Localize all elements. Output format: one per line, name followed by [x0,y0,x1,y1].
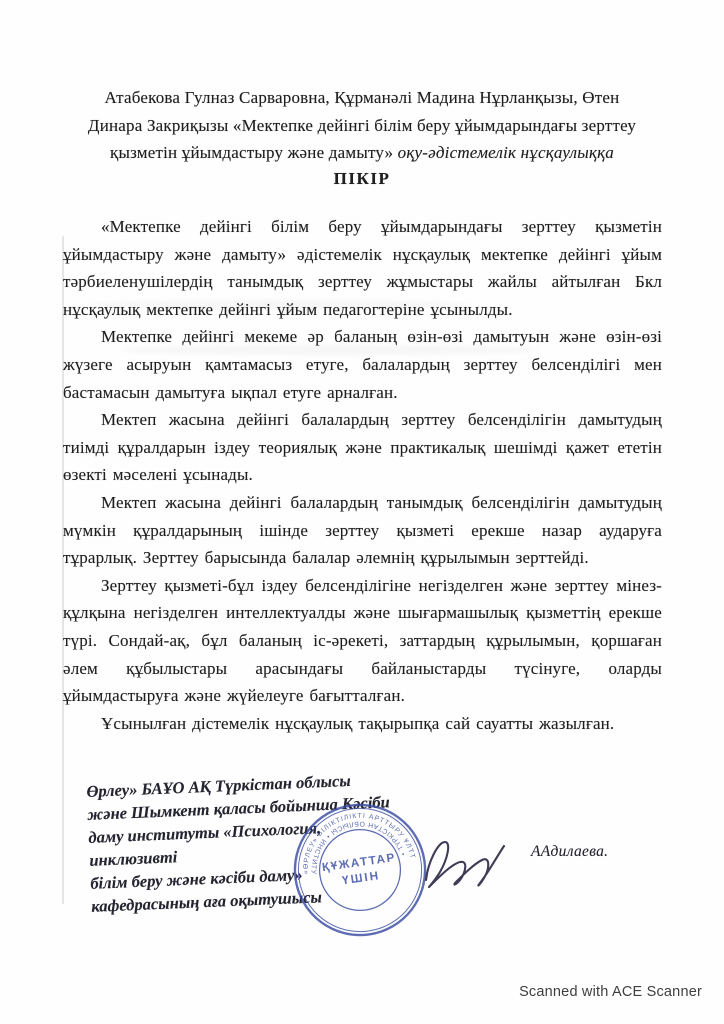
paragraph-3: Мектеп жасына дейінгі балалардың зерттеу… [63,406,662,489]
stamp-center-text-line2: ҮШІН [341,868,381,887]
document-header: Атабекова Гулназ Сарваровна, Құрманәлі М… [72,84,652,167]
handwritten-signature-icon [418,828,518,908]
header-line-3: қызметін ұйымдастыру және дамыту» оқу-әд… [72,139,652,167]
document-body: «Мектепке дейінгі білім беру ұйымдарында… [63,213,662,737]
signer-name: ААдилаева. [531,843,608,861]
paragraph-5: Зерттеу қызметі-бұл іздеу белсенділігіне… [63,572,662,710]
paragraph-1: «Мектепке дейінгі білім беру ұйымдарында… [63,213,662,323]
paragraph-4: Мектеп жасына дейінгі балалардың танымды… [63,489,662,572]
scanner-watermark: Scanned with ACE Scanner [519,984,702,1000]
paragraph-2: Мектепке дейінгі мекеме әр баланың өзін-… [63,323,662,406]
official-round-stamp-icon: «ӨРЛЕУ» БІЛІКТІЛІКТІ АРТТЫРУ ҰЛТТЫҚ ОРТА… [282,792,438,948]
scanned-review-document: Атабекова Гулназ Сарваровна, Құрманәлі М… [0,0,724,1024]
header-line-3-normal: қызметін ұйымдастыру және дамыту» [110,143,398,162]
header-line-3-italic: оқу-әдістемелік нұсқаулыққа [398,143,614,162]
document-title: ПІКІР [0,169,724,189]
header-line-2: Динара Закриқызы «Мектепке дейінгі білім… [72,112,652,140]
header-line-1: Атабекова Гулназ Сарваровна, Құрманәлі М… [72,84,652,112]
paragraph-closing: Ұсынылған дістемелік нұсқаулық тақырыпқа… [63,710,662,738]
